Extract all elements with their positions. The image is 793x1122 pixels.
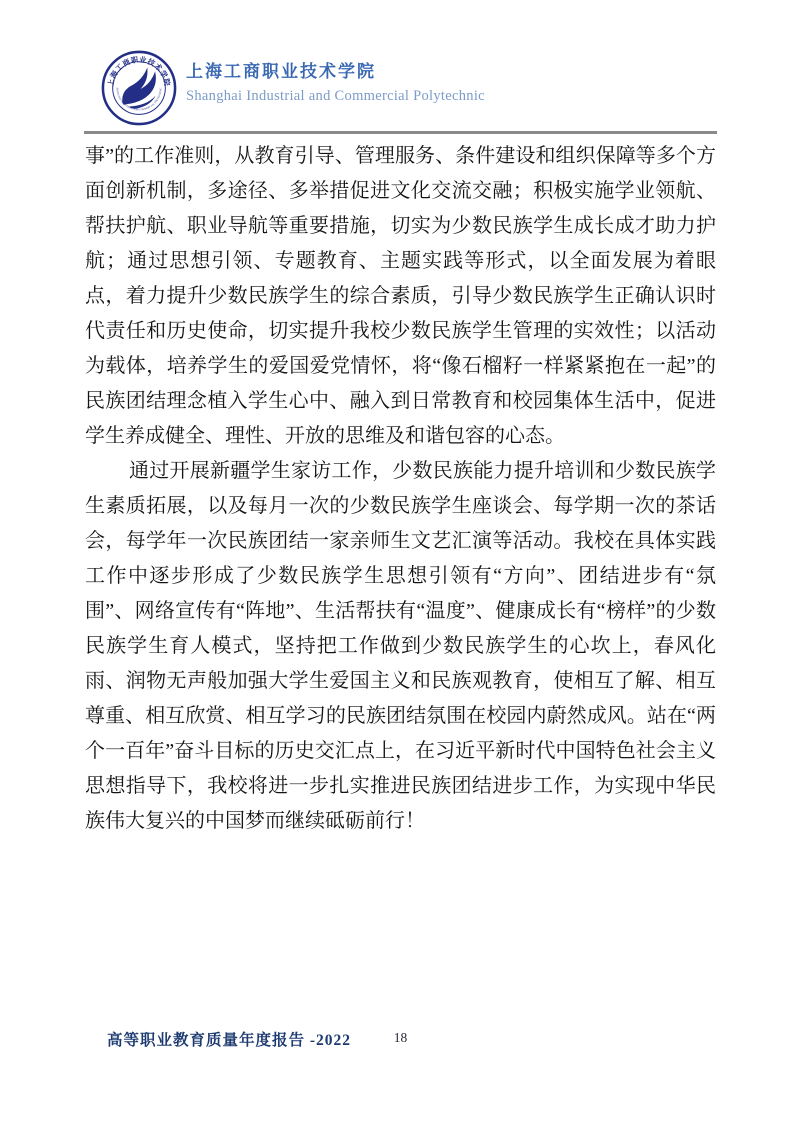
school-name-chinese: 上海工商职业技术学院 [186,61,485,83]
page-footer: 高等职业教育质量年度报告 -2022 18 [84,1028,717,1054]
page-header: 上海工商职业技术学院 SHANGHAI INDUSTRIAL AND COMME… [100,48,485,128]
header-divider [84,131,717,134]
paragraph-2: 通过开展新疆学生家访工作，少数民族能力提升培训和少数民族学生素质拓展，以及每月一… [85,454,716,839]
paragraph-1: 事”的工作准则，从教育引导、管理服务、条件建设和组织保障等多个方面创新机制，多途… [85,139,716,454]
document-body: 事”的工作准则，从教育引导、管理服务、条件建设和组织保障等多个方面创新机制，多途… [85,139,716,839]
footer-report-title: 高等职业教育质量年度报告 -2022 [107,1028,351,1050]
school-name-english: Shanghai Industrial and Commercial Polyt… [186,87,485,106]
school-logo-icon: 上海工商职业技术学院 SHANGHAI INDUSTRIAL AND COMME… [100,48,178,128]
document-page: 上海工商职业技术学院 SHANGHAI INDUSTRIAL AND COMME… [0,0,793,1122]
page-number: 18 [394,1030,408,1046]
school-name-block: 上海工商职业技术学院 Shanghai Industrial and Comme… [186,61,485,106]
